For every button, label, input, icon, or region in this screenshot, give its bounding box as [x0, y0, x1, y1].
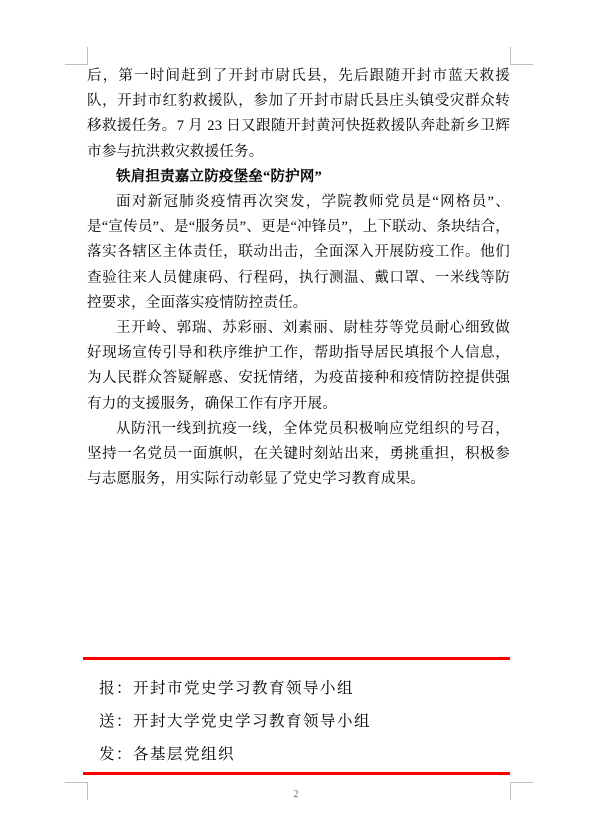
red-separator-line-bottom	[83, 772, 510, 775]
distribution-list: 报：开封市党史学习教育领导小组 送：开封大学党史学习教育领导小组 发：各基层党组…	[99, 672, 499, 771]
red-separator-line-top	[83, 657, 510, 660]
distribution-report-line: 报：开封市党史学习教育领导小组	[99, 672, 499, 705]
text-boundary-mark-top-left	[65, 47, 88, 65]
document-page[interactable]: 后，第一时间赶到了开封市尉氏县，先后跟随开封市蓝天救援队，开封市红豹救援队，参加…	[0, 0, 592, 840]
distribution-send-line: 送：开封大学党史学习教育领导小组	[99, 705, 499, 738]
text-boundary-mark-top-right	[510, 47, 533, 65]
page-number: 2	[0, 789, 592, 800]
paragraph-member-names: 王开岭、郭瑞、苏彩丽、刘素丽、尉桂芬等党员耐心细致做好现场宣传引导和秩序维护工作…	[87, 316, 510, 417]
paragraph-conclusion: 从防汛一线到抗疫一线，全体党员积极响应党组织的号召，坚持一名党员一面旗帜，在关键…	[87, 417, 510, 493]
document-body[interactable]: 后，第一时间赶到了开封市尉氏县，先后跟随开封市蓝天救援队，开封市红豹救援队，参加…	[87, 64, 510, 492]
section-heading: 铁肩担责嘉立防疫堡垒“防护网”	[87, 165, 510, 190]
distribution-issue-line: 发：各基层党组织	[99, 738, 499, 771]
paragraph-rescue-continuation: 后，第一时间赶到了开封市尉氏县，先后跟随开封市蓝天救援队，开封市红豹救援队，参加…	[87, 64, 510, 165]
paragraph-epidemic-roles: 面对新冠肺炎疫情再次突发，学院教师党员是“网格员”、是“宣传员”、是“服务员”、…	[87, 190, 510, 316]
